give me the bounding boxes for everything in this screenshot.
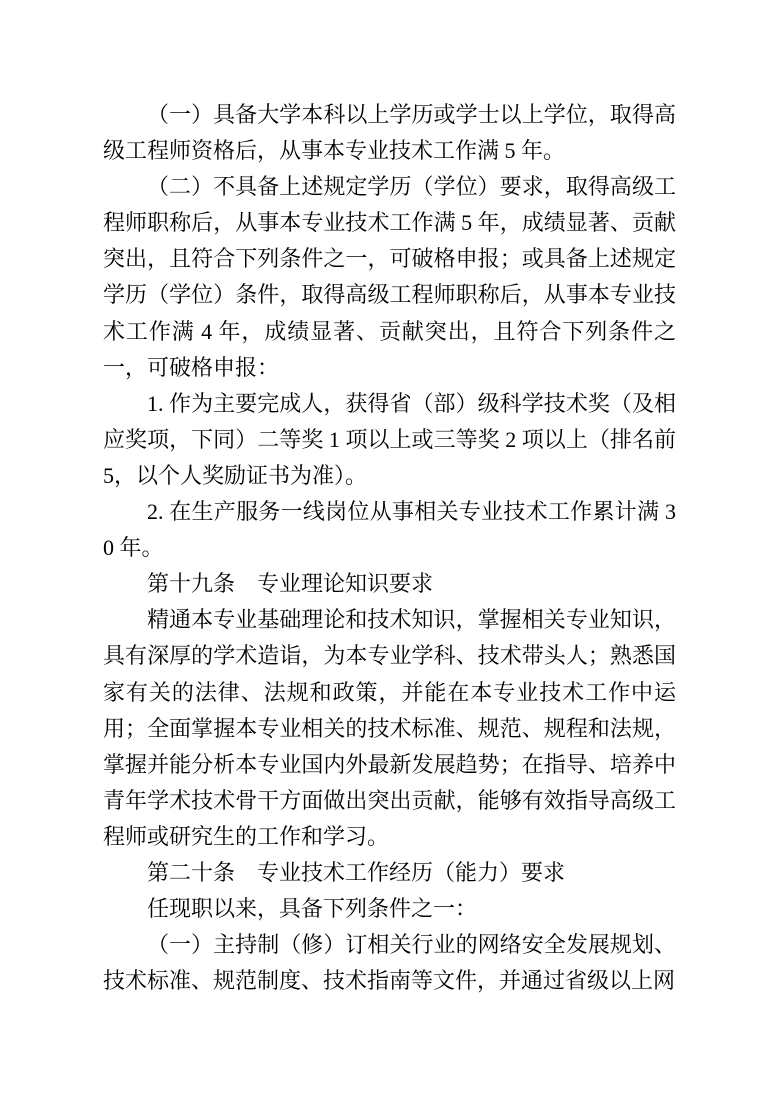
document-paragraph: 1. 作为主要完成人，获得省（部）级科学技术奖（及相应奖项，下同）二等奖 1 项… [103, 386, 676, 494]
document-paragraph: 任现职以来，具备下列条件之一： [103, 891, 676, 927]
document-page: （一）具备大学本科以上学历或学士以上学位，取得高级工程师资格后，从事本专业技术工… [0, 0, 777, 1099]
document-paragraph: 第十九条 专业理论知识要求 [103, 566, 676, 602]
document-paragraph: 第二十条 专业技术工作经历（能力）要求 [103, 855, 676, 891]
document-paragraph: （一）具备大学本科以上学历或学士以上学位，取得高级工程师资格后，从事本专业技术工… [103, 97, 676, 169]
document-paragraph: （一）主持制（修）订相关行业的网络安全发展规划、技术标准、规范制度、技术指南等文… [103, 927, 676, 999]
document-paragraph: （二）不具备上述规定学历（学位）要求，取得高级工程师职称后，从事本专业技术工作满… [103, 169, 676, 386]
document-paragraph: 精通本专业基础理论和技术知识，掌握相关专业知识，具有深厚的学术造诣，为本专业学科… [103, 602, 676, 855]
document-paragraph: 2. 在生产服务一线岗位从事相关专业技术工作累计满 30 年。 [103, 494, 676, 566]
document-text-block: （一）具备大学本科以上学历或学士以上学位，取得高级工程师资格后，从事本专业技术工… [103, 97, 676, 999]
